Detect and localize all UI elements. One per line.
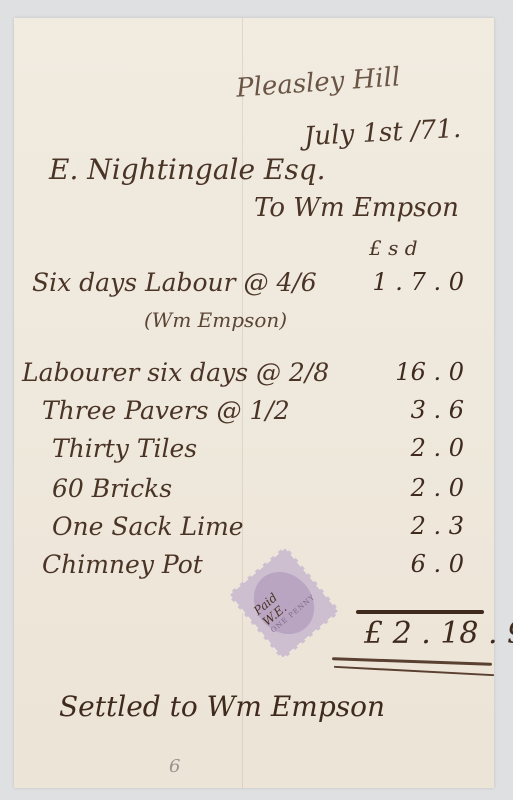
total-amount: £ 2 . 18 . 9 [364, 616, 513, 651]
item-description: Chimney Pot [42, 550, 203, 579]
item-description: One Sack Lime [52, 512, 244, 541]
item-amount: 6 . 0 [411, 550, 464, 578]
payee: To Wm Empson [254, 193, 459, 223]
line-item: Thirty Tiles 2 . 0 [14, 434, 494, 468]
item-description: Six days Labour @ 4/6 [32, 268, 317, 297]
item-amount: 2 . 0 [411, 474, 464, 502]
item-amount: 1 . 7 . 0 [372, 268, 464, 296]
addressee: E. Nightingale Esq. [49, 153, 326, 186]
total-rule [356, 610, 484, 614]
receipt-paper: Pleasley Hill July 1st /71. E. Nightinga… [14, 18, 494, 788]
item-description: Thirty Tiles [52, 434, 197, 463]
item-description: Labourer six days @ 2/8 [22, 358, 329, 387]
currency-header: £ s d [369, 236, 418, 260]
item-description: Three Pavers @ 1/2 [42, 396, 290, 425]
line-item: 60 Bricks 2 . 0 [14, 474, 494, 508]
line-item: One Sack Lime 2 . 3 [14, 512, 494, 546]
item-amount: 2 . 3 [411, 512, 464, 540]
date: July 1st /71. [303, 114, 462, 152]
item-description: 60 Bricks [52, 474, 172, 503]
item-amount: 3 . 6 [411, 396, 464, 424]
item-amount: 16 . 0 [395, 358, 464, 386]
pencil-note: 6 [169, 756, 180, 777]
settled-signature: Settled to Wm Empson [59, 690, 385, 723]
double-rule-bottom [334, 666, 494, 676]
item-note: (Wm Empson) [144, 308, 287, 332]
line-item: Six days Labour @ 4/6 1 . 7 . 0 [14, 268, 494, 302]
double-rule-top [332, 657, 492, 666]
place-heading: Pleasley Hill [235, 62, 401, 103]
line-item: Labourer six days @ 2/8 16 . 0 [14, 358, 494, 392]
item-amount: 2 . 0 [411, 434, 464, 462]
line-item: Three Pavers @ 1/2 3 . 6 [14, 396, 494, 430]
